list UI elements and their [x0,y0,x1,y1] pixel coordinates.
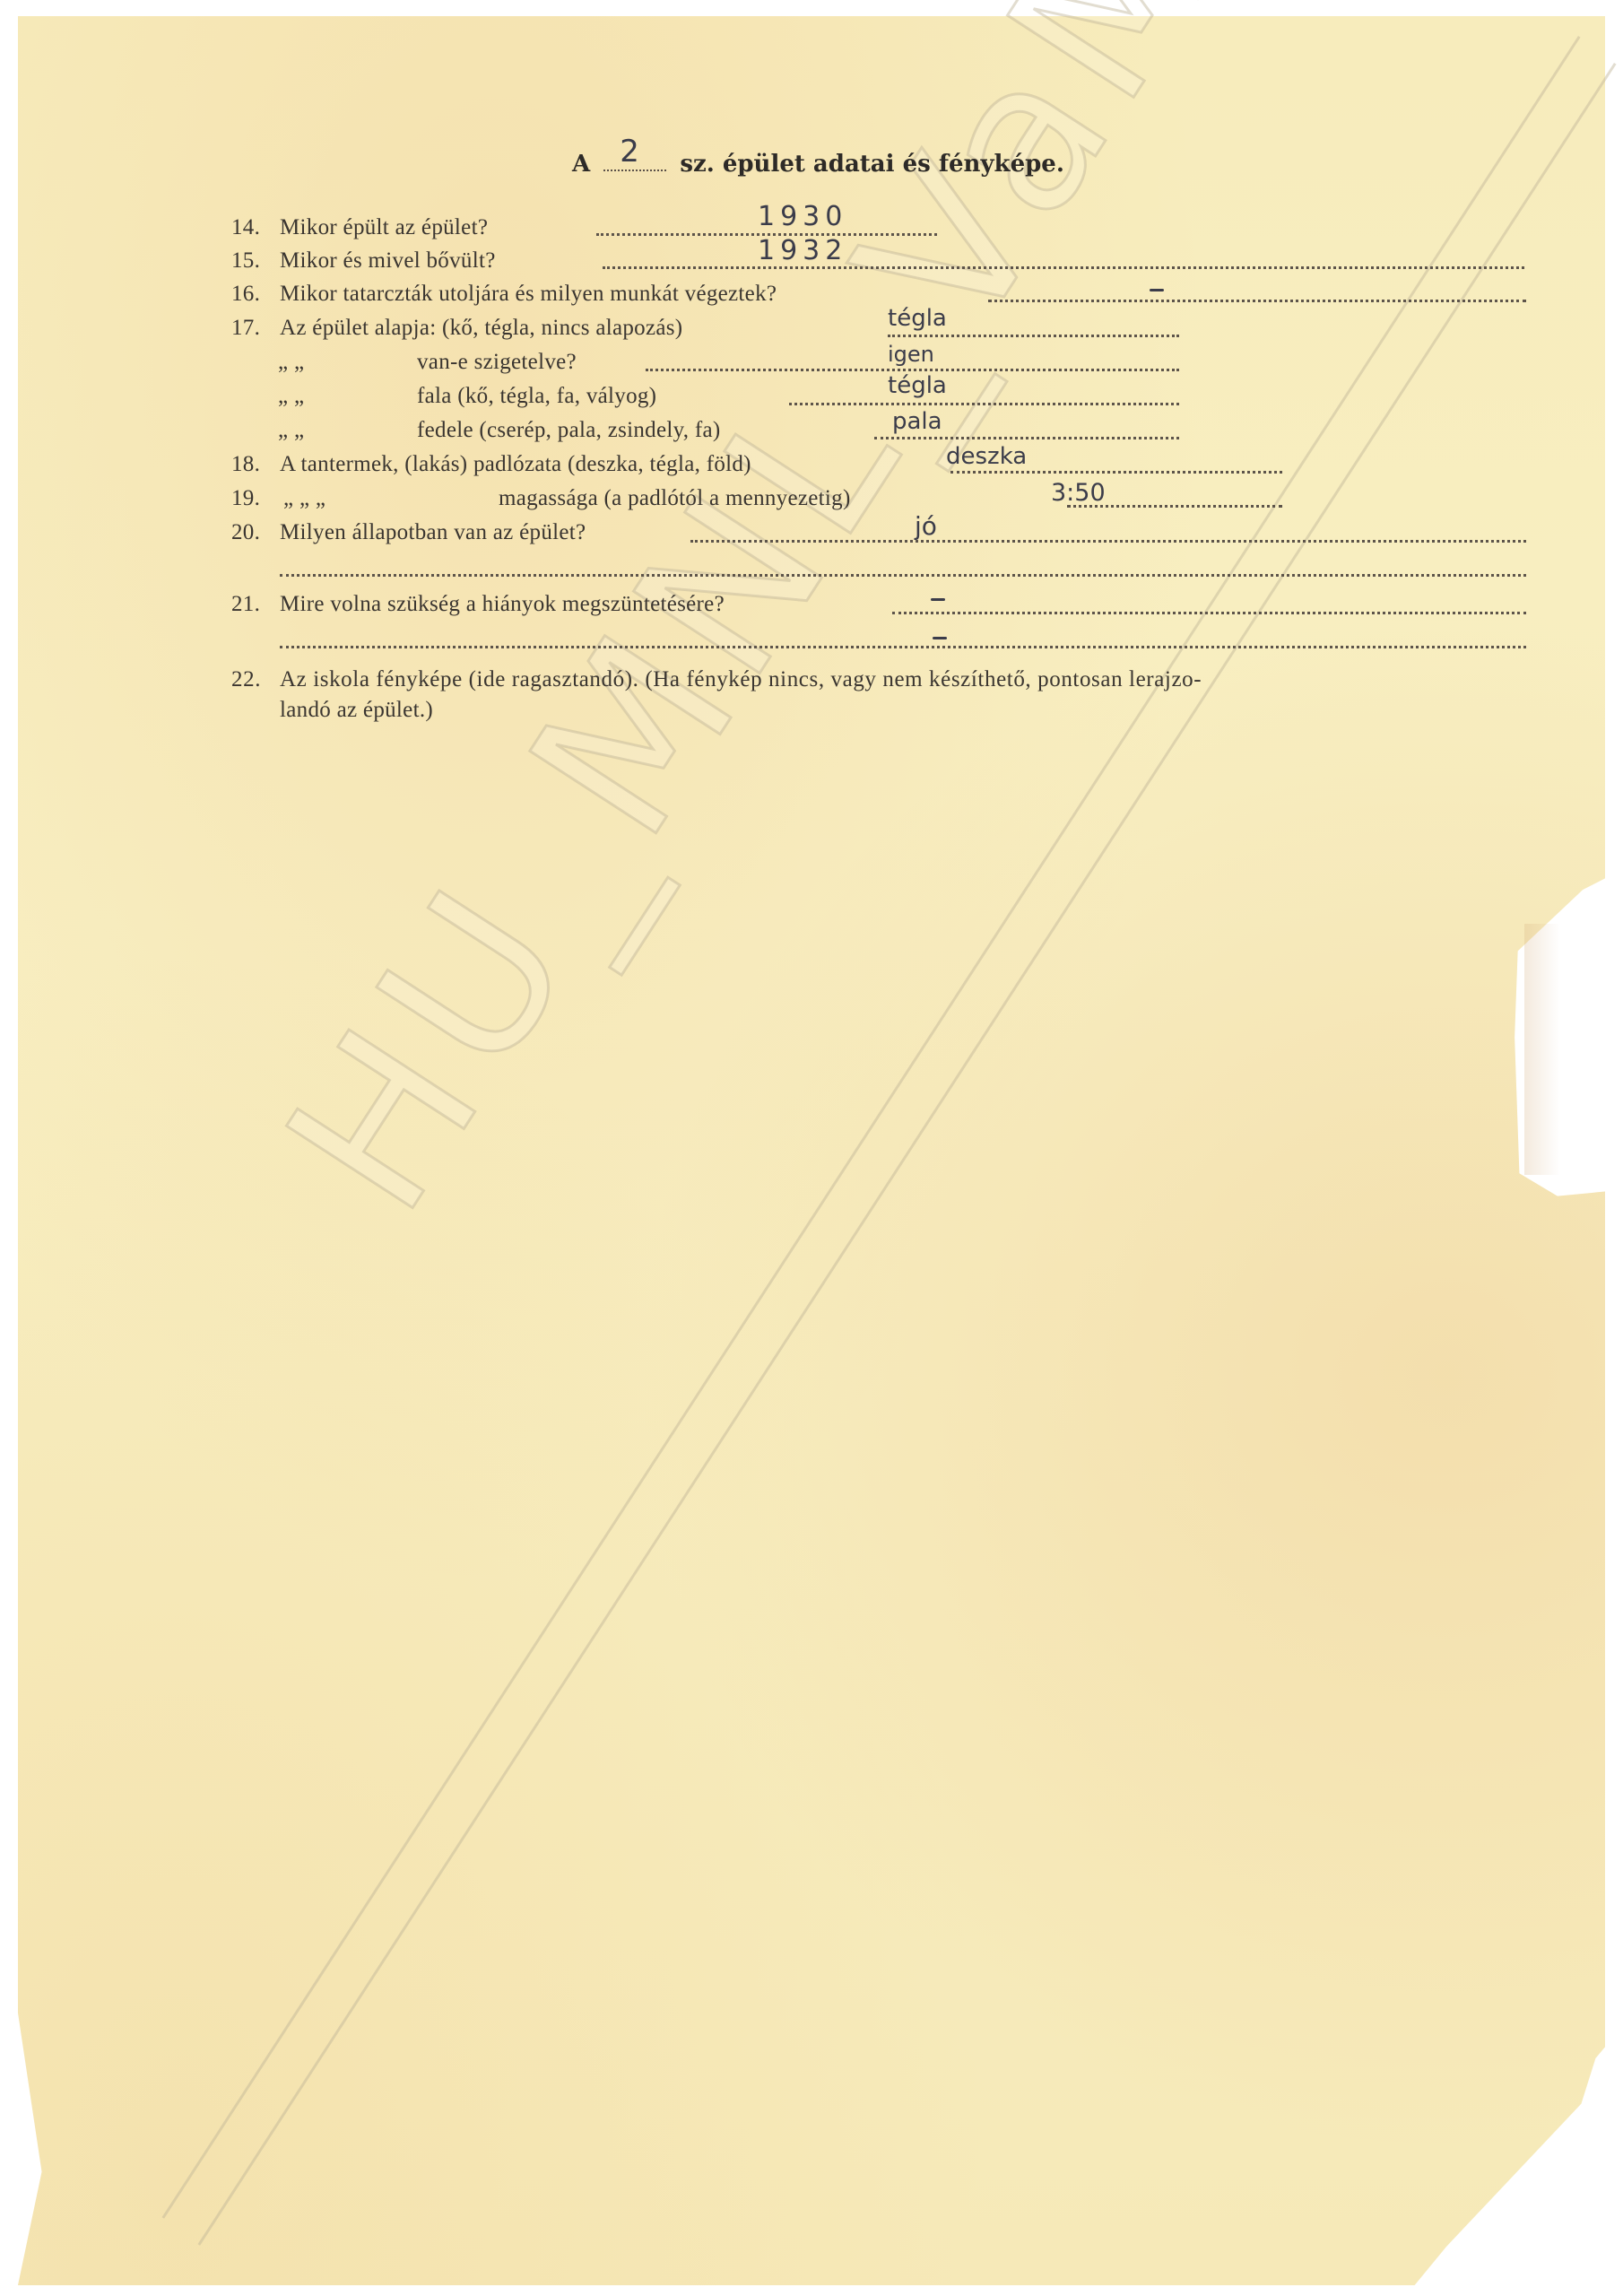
answer-14: 1930 [758,201,847,232]
building-number-field: 2 [603,152,666,171]
building-number: 2 [620,134,639,170]
answer-17-insulation: igen [888,342,934,367]
answer-line-16 [988,300,1526,302]
question-16: 16.Mikor tatarczták utoljára és milyen m… [231,282,777,307]
question-15: 15.Mikor és mivel bővült? [231,248,496,274]
question-19: 19.„ „ „magassága (a padlótól a mennyeze… [231,486,851,511]
title-prefix: A [572,151,590,178]
answer-15: 1932 [758,235,847,266]
page-title: A 2 sz. épület adatai és fényképe. [572,151,1064,178]
form-content: A 2 sz. épület adatai és fényképe. 14.Mi… [0,0,1623,2296]
question-17-roof: „ „fedele (cserép, pala, zsindely, fa) [278,418,721,443]
answer-19: 3:50 [1051,479,1106,507]
question-14: 14.Mikor épült az épület? [231,215,488,240]
answer-line-17d [874,437,1179,439]
answer-20: jó [915,511,937,541]
question-22-continued: landó az épület.) [280,698,433,723]
answer-21-dash [931,598,945,601]
answer-17-wall: tégla [888,372,947,399]
answer-17: tégla [888,305,947,332]
answer-line-17b [646,369,1179,371]
question-17-insulation: „ „van-e szigetelve? [278,350,577,375]
answer-18: deszka [946,443,1027,470]
question-18: 18.A tantermek, (lakás) padlózata (deszk… [231,452,751,477]
answer-16-dash [1150,289,1164,291]
question-22: 22.Az iskola fényképe (ide ragasztandó).… [231,667,1202,692]
answer-line-15 [603,266,1524,269]
answer-line-21-extra [280,646,1526,648]
question-20: 20.Milyen állapotban van az épület? [231,520,586,545]
answer-21-dash-2 [933,637,947,639]
answer-17-roof: pala [892,408,942,435]
answer-line-20 [690,540,1526,543]
answer-line-17 [888,335,1179,337]
question-21: 21.Mire volna szükség a hiányok megszünt… [231,592,725,617]
question-17-wall: „ „fala (kő, tégla, fa, vályog) [278,384,656,409]
answer-line-17c [789,403,1179,405]
question-17: 17.Az épület alapja: (kő, tégla, nincs a… [231,316,682,341]
answer-line-21 [892,612,1526,614]
answer-line-20-extra [280,574,1526,577]
answer-line-18 [950,471,1282,474]
title-suffix: sz. épület adatai és fényképe. [680,151,1064,178]
